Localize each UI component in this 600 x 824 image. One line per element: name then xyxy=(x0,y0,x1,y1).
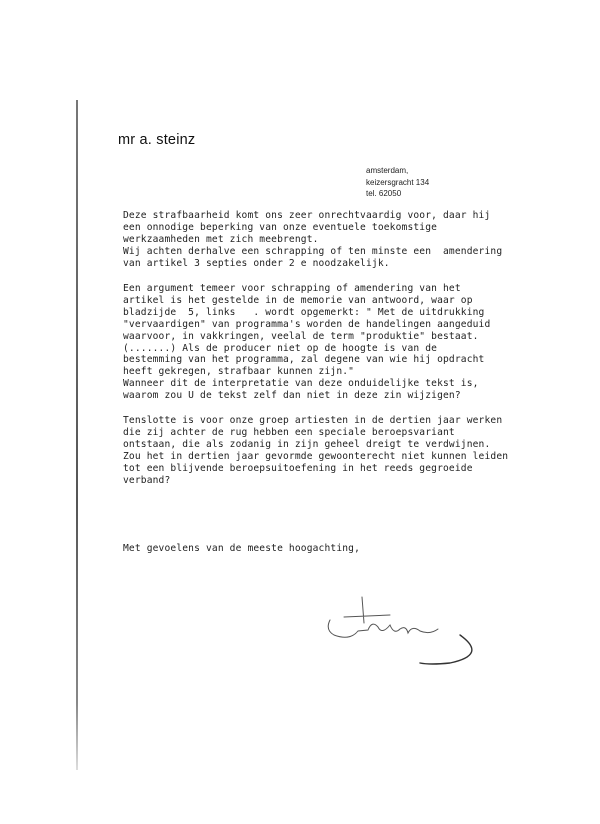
text-line: "vervaardigen" van programma's worden de… xyxy=(123,319,490,331)
paragraph-2: Een argument temeer voor schrapping of a… xyxy=(123,283,490,402)
text-line: Zou het in dertien jaar gevormde gewoont… xyxy=(123,451,508,463)
text-line: die zij achter de rug hebben een special… xyxy=(123,427,508,439)
text-line: heeft gekregen, strafbaar kunnen zijn." xyxy=(123,366,490,378)
text-line: (.......) Als de producer niet op de hoo… xyxy=(123,343,490,355)
margin-line xyxy=(76,100,78,770)
text-line: verband? xyxy=(123,475,508,487)
sender-address: amsterdam, keizersgracht 134 tel. 62050 xyxy=(366,165,429,200)
text-line: Wij achten derhalve een schrapping of te… xyxy=(123,246,502,258)
text-line: Tenslotte is voor onze groep artiesten i… xyxy=(123,415,508,427)
text-line: waarom zou U de tekst zelf dan niet in d… xyxy=(123,390,490,402)
sender-name: mr a. steinz xyxy=(118,132,195,148)
text-line: artikel is het gestelde in de memorie va… xyxy=(123,295,490,307)
text-line: Een argument temeer voor schrapping of a… xyxy=(123,283,490,295)
paragraph-3: Tenslotte is voor onze groep artiesten i… xyxy=(123,415,508,486)
text-line: van artikel 3 septies onder 2 e noodzake… xyxy=(123,258,502,270)
text-line: Deze strafbaarheid komt ons zeer onrecht… xyxy=(123,210,502,222)
text-line: bestemming van het programma, zal degene… xyxy=(123,354,490,366)
address-phone: tel. 62050 xyxy=(366,188,429,200)
signature-icon xyxy=(320,585,490,665)
text-line: waarvoor, in vakkringen, veelal de term … xyxy=(123,331,490,343)
closing-line: Met gevoelens van de meeste hoogachting, xyxy=(123,543,360,554)
address-city: amsterdam, xyxy=(366,165,429,177)
text-line: ontstaan, die als zodanig in zijn geheel… xyxy=(123,439,508,451)
text-line: Wanneer dit de interpretatie van deze on… xyxy=(123,378,490,390)
text-line: werkzaamheden met zich meebrengt. xyxy=(123,234,502,246)
text-line: tot een blijvende beroepsuitoefening in … xyxy=(123,463,508,475)
paragraph-1: Deze strafbaarheid komt ons zeer onrecht… xyxy=(123,210,502,270)
text-line: een onnodige beperking van onze eventuel… xyxy=(123,222,502,234)
text-line: bladzijde 5, links . wordt opgemerkt: " … xyxy=(123,307,490,319)
address-street: keizersgracht 134 xyxy=(366,177,429,189)
